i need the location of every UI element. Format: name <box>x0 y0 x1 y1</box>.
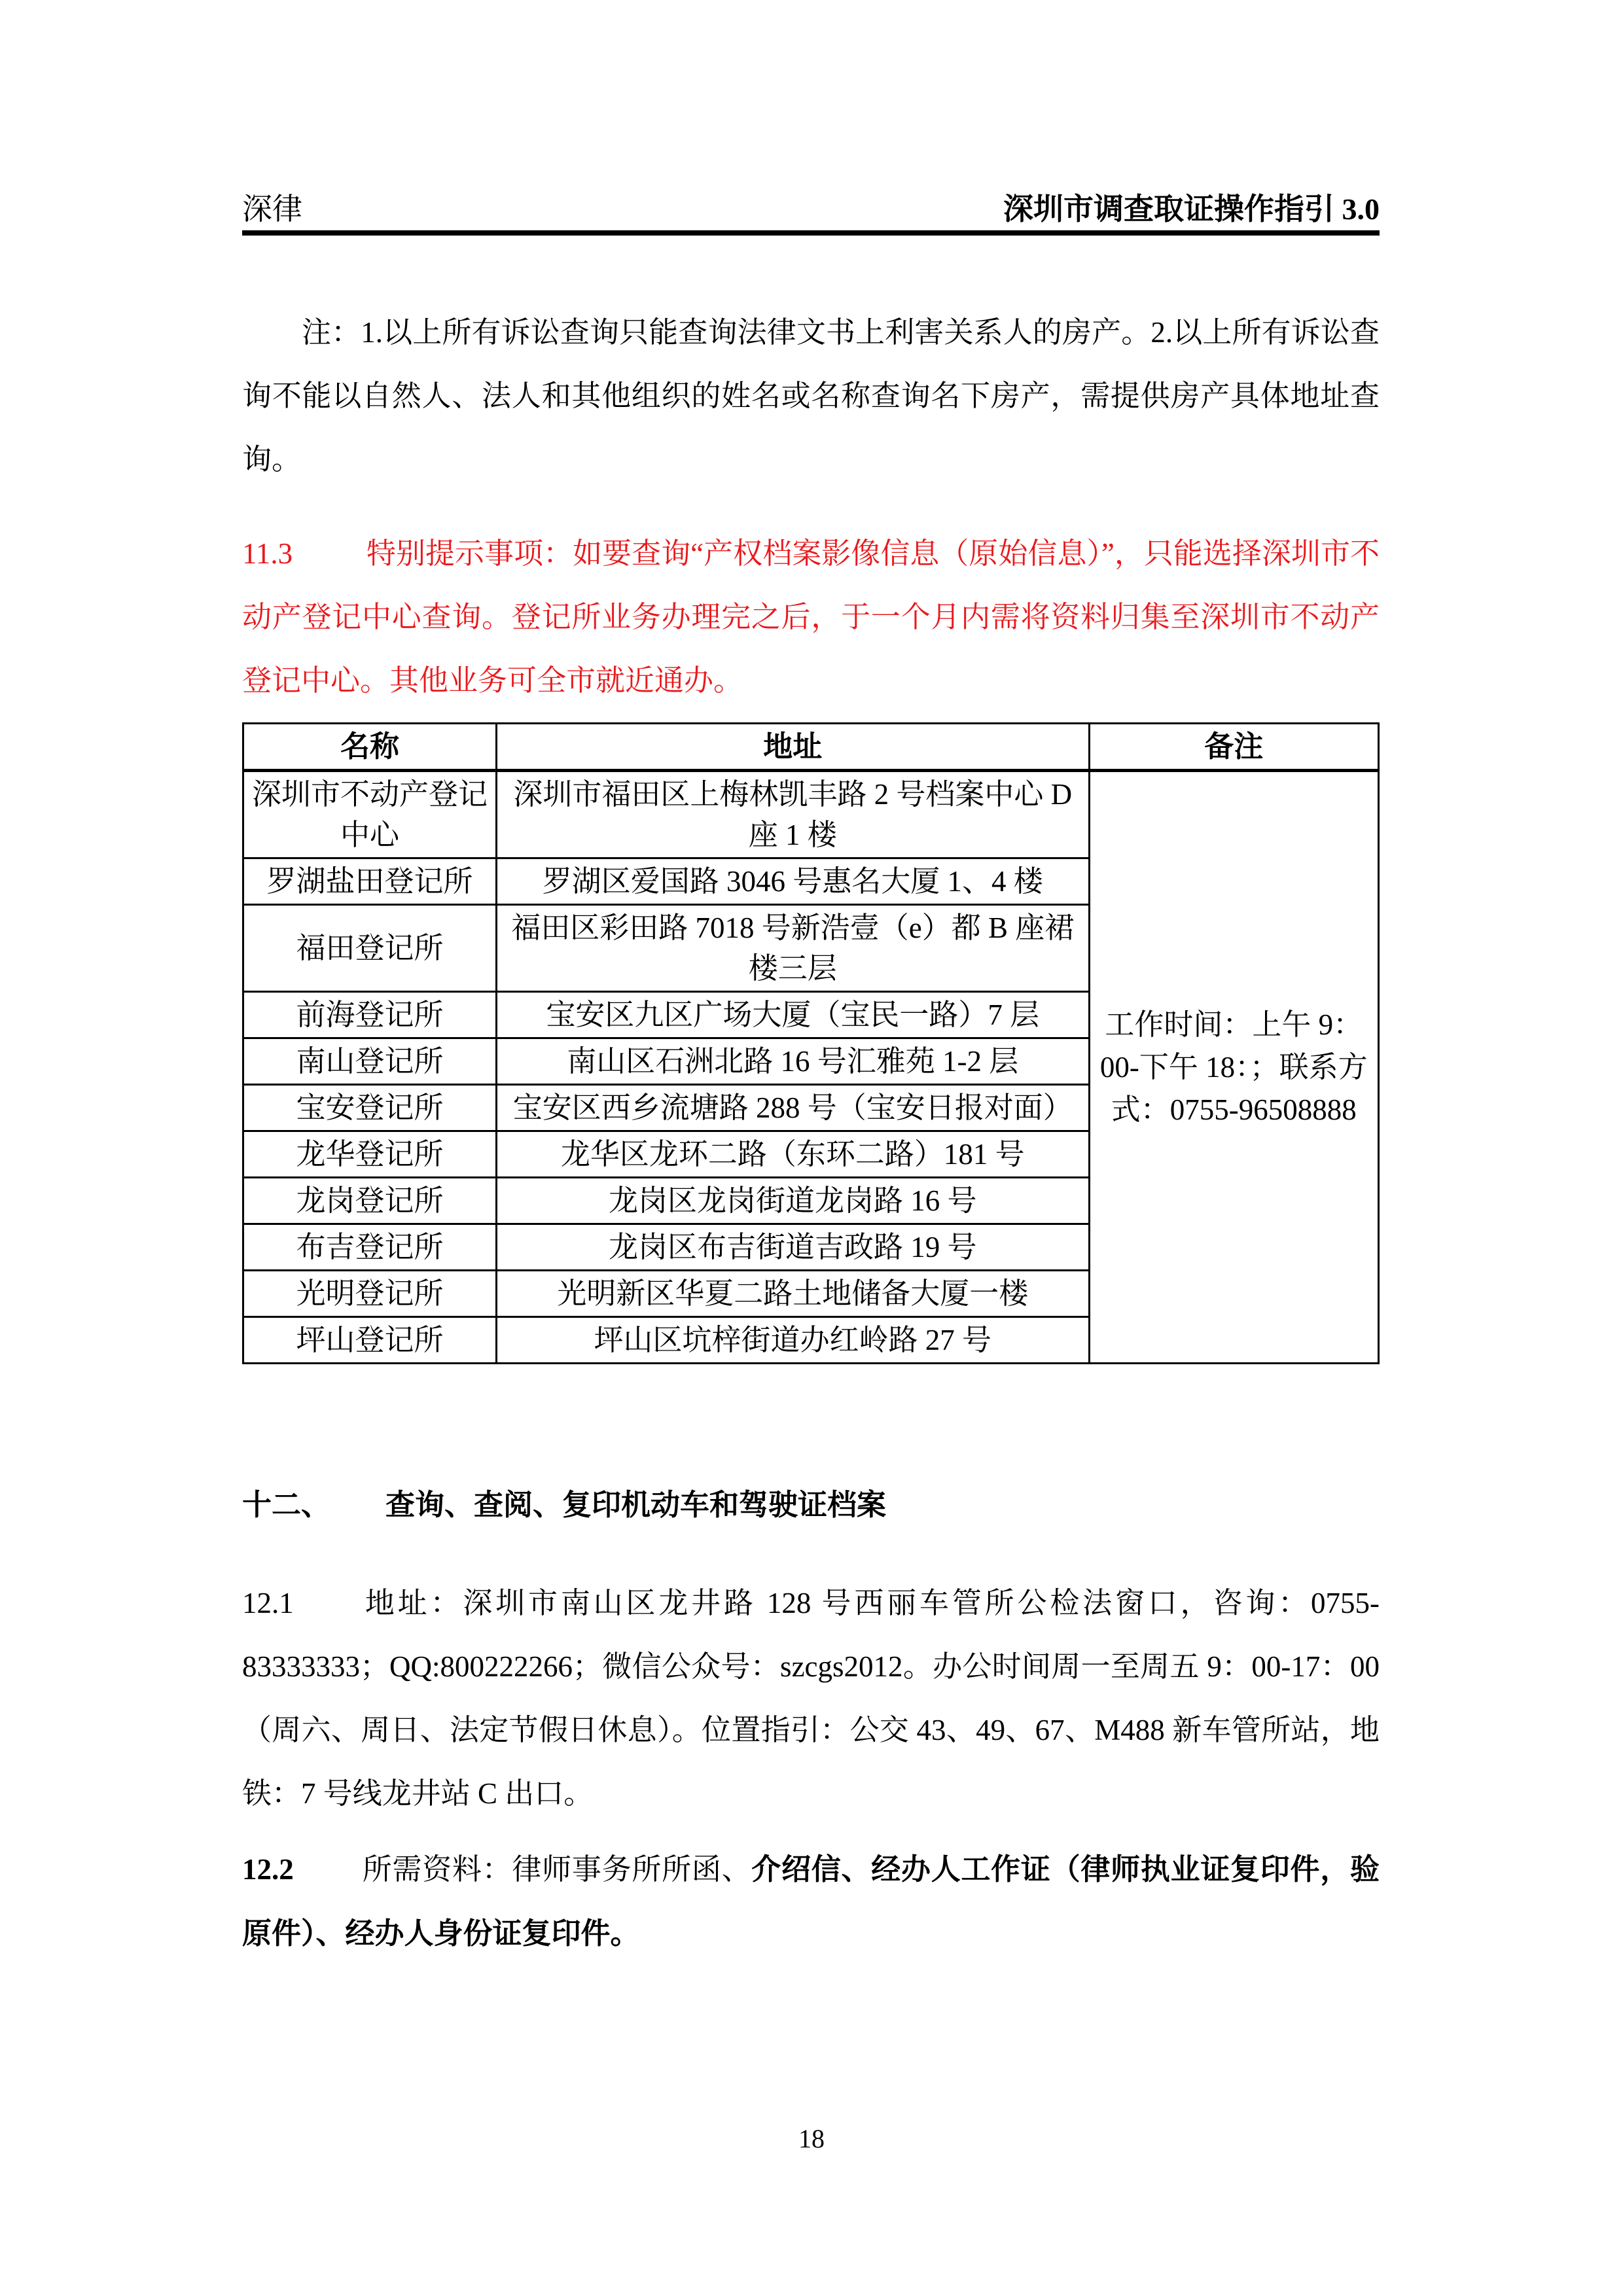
table-cell-name: 前海登记所 <box>243 992 497 1038</box>
table-header-remark: 备注 <box>1089 724 1378 771</box>
table-cell-name: 福田登记所 <box>243 905 497 992</box>
table-cell-name: 龙岗登记所 <box>243 1178 497 1224</box>
table-cell-remark: 工作时间：上午 9：00-下午 18：；联系方式：0755-96508888 <box>1089 771 1378 1364</box>
paragraph-12-1-number: 12.1 <box>242 1572 362 1635</box>
table-cell-address: 宝安区九区广场大厦（宝民一路）7 层 <box>496 992 1089 1038</box>
table-cell-address: 龙岗区龙岗街道龙岗路 16 号 <box>496 1178 1089 1224</box>
table-cell-name: 布吉登记所 <box>243 1224 497 1271</box>
table-cell-address: 光明新区华夏二路土地储备大厦一楼 <box>496 1271 1089 1317</box>
table-cell-name: 深圳市不动产登记中心 <box>243 771 497 858</box>
section-12-heading-number: 十二、 <box>242 1485 385 1525</box>
table-header-row: 名称 地址 备注 <box>243 724 1379 771</box>
table-cell-name: 光明登记所 <box>243 1271 497 1317</box>
page-content: 深律 深圳市调查取证操作指引 3.0 注：1.以上所有诉讼查询只能查询法律文书上… <box>0 0 1623 1966</box>
paragraph-12-2: 12.2所需资料：律师事务所所函、介绍信、经办人工作证（律师执业证复印件，验原件… <box>242 1837 1380 1966</box>
header-left-text: 深律 <box>242 191 302 228</box>
table-cell-address: 深圳市福田区上梅林凯丰路 2 号档案中心 D 座 1 楼 <box>496 771 1089 858</box>
table-cell-name: 南山登记所 <box>243 1038 497 1085</box>
section-12-heading: 十二、查询、查阅、复印机动车和驾驶证档案 <box>242 1485 1380 1525</box>
paragraph-12-2-number: 12.2 <box>242 1838 362 1901</box>
registration-offices-table: 名称 地址 备注 深圳市不动产登记中心 深圳市福田区上梅林凯丰路 2 号档案中心… <box>242 722 1380 1364</box>
table-cell-address: 龙华区龙环二路（东环二路）181 号 <box>496 1131 1089 1178</box>
table-cell-name: 罗湖盐田登记所 <box>243 858 497 905</box>
paragraph-11-3-number: 11.3 <box>242 522 366 586</box>
paragraph-11-3: 11.3特别提示事项：如要查询“产权档案影像信息（原始信息）”，只能选择深圳市不… <box>242 522 1380 713</box>
table-cell-name: 龙华登记所 <box>243 1131 497 1178</box>
table-header-address: 地址 <box>496 724 1089 771</box>
table-row: 深圳市不动产登记中心 深圳市福田区上梅林凯丰路 2 号档案中心 D 座 1 楼 … <box>243 771 1379 858</box>
paragraph-12-1-text: 地址：深圳市南山区龙井路 128 号西丽车管所公检法窗口，咨询：0755-833… <box>242 1587 1380 1810</box>
table-cell-name: 坪山登记所 <box>243 1317 497 1364</box>
table-cell-address: 龙岗区布吉街道吉政路 19 号 <box>496 1224 1089 1271</box>
table-cell-address: 坪山区坑梓街道办红岭路 27 号 <box>496 1317 1089 1364</box>
table-header-name: 名称 <box>243 724 497 771</box>
paragraph-12-1: 12.1地址：深圳市南山区龙井路 128 号西丽车管所公检法窗口，咨询：0755… <box>242 1572 1380 1826</box>
page-number: 18 <box>0 2123 1623 2155</box>
section-12-heading-text: 查询、查阅、复印机动车和驾驶证档案 <box>385 1488 886 1521</box>
table-cell-address: 宝安区西乡流塘路 288 号（宝安日报对面） <box>496 1085 1089 1131</box>
note-paragraph: 注：1.以上所有诉讼查询只能查询法律文书上利害关系人的房产。2.以上所有诉讼查询… <box>242 301 1380 491</box>
header-title: 深圳市调查取证操作指引 3.0 <box>1003 191 1380 228</box>
paragraph-11-3-text: 特别提示事项：如要查询“产权档案影像信息（原始信息）”，只能选择深圳市不动产登记… <box>242 537 1380 697</box>
table-cell-name: 宝安登记所 <box>243 1085 497 1131</box>
page-header: 深律 深圳市调查取证操作指引 3.0 <box>242 191 1380 236</box>
table-cell-address: 南山区石洲北路 16 号汇雅苑 1-2 层 <box>496 1038 1089 1085</box>
table-cell-address: 福田区彩田路 7018 号新浩壹（e）都 B 座裙楼三层 <box>496 905 1089 992</box>
paragraph-12-2-normal-text: 所需资料：律师事务所所函、 <box>362 1853 751 1886</box>
table-cell-address: 罗湖区爱国路 3046 号惠名大厦 1、4 楼 <box>496 858 1089 905</box>
